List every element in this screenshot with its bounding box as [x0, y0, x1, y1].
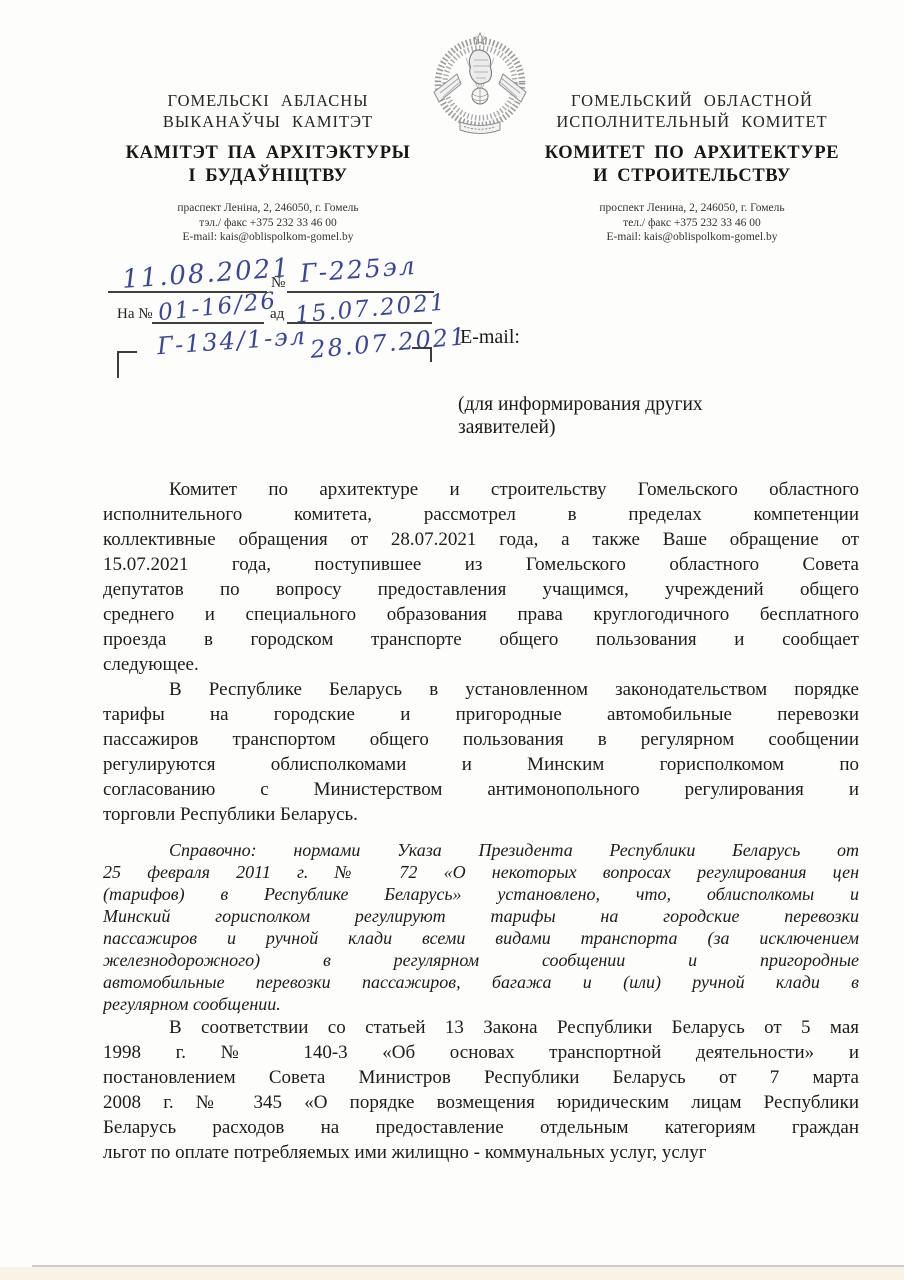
address-ru-line1: проспект Ленина, 2, 246050, г. Гомель	[524, 201, 860, 216]
letterhead-left: ГОМЕЛЬСКІ АБЛАСНЫ ВЫКАНАЎЧЫ КАМІТЭТ КАМІ…	[100, 90, 436, 245]
body-line: автомобильные перевозки пассажиров, бага…	[103, 971, 859, 993]
body-line: коллективные обращения от 28.07.2021 год…	[103, 527, 859, 552]
coat-of-arms-icon	[430, 30, 530, 140]
address-corner-bracket-left	[117, 351, 137, 378]
committee-name-by-line1: КАМІТЭТ ПА АРХІТЭКТУРЫ	[100, 142, 436, 165]
body-line: Беларусь расходов на предоставление отде…	[103, 1115, 859, 1140]
parent-org-name-ru-line1: ГОМЕЛЬСКИЙ ОБЛАСТНОЙ	[524, 90, 860, 111]
body-line: среднего и специального образования прав…	[103, 602, 859, 627]
parent-org-name-by-line1: ГОМЕЛЬСКІ АБЛАСНЫ	[100, 90, 436, 111]
letterhead-right: ГОМЕЛЬСКИЙ ОБЛАСТНОЙ ИСПОЛНИТЕЛЬНЫЙ КОМИ…	[524, 90, 860, 245]
body-line: Комитет по архитектуре и строительству Г…	[103, 477, 859, 502]
body-line: регулируются облисполкомами и Минским го…	[103, 752, 859, 777]
address-by-line3: E-mail: kais@oblispolkom-gomel.by	[100, 230, 436, 245]
address-ru-line3: E-mail: kais@oblispolkom-gomel.by	[524, 230, 860, 245]
body-line: пассажиров транспортом общего пользовани…	[103, 727, 859, 752]
outgoing-number-handwritten: Г-225эл	[299, 251, 417, 288]
recipient-note: (для информирования других заявителей)	[458, 394, 770, 439]
body-paragraph-2: В Республике Беларусь в установленном за…	[103, 677, 859, 827]
incoming-number-handwritten: 01-16/26	[157, 288, 278, 326]
body-line: пассажиров и ручной клади всеми видами т…	[103, 927, 859, 949]
parent-org-name-ru-line2: ИСПОЛНИТЕЛЬНЫЙ КОМИТЕТ	[524, 111, 860, 132]
committee-name-by-line2: І БУДАЎНІЦТВУ	[100, 165, 436, 188]
body-paragraph-3-reference-italic: Справочно: нормами Указа Президента Респ…	[103, 839, 859, 1015]
address-ru-line2: тел./ факс +375 232 33 46 00	[524, 216, 860, 231]
body-line: 25 февраля 2011 г. № 72 «О некоторых воп…	[103, 861, 859, 883]
body-line: торговли Республики Беларусь.	[103, 802, 859, 827]
body-line: тарифы на городские и пригородные автомо…	[103, 702, 859, 727]
address-by-line2: тэл./ факс +375 232 33 46 00	[100, 216, 436, 231]
body-line: (тарифов) в Республике Беларусь» установ…	[103, 883, 859, 905]
body-line: 1998 г. № 140-3 «Об основах транспортной…	[103, 1040, 859, 1065]
committee-name-ru-line1: КОМИТЕТ ПО АРХИТЕКТУРЕ	[524, 142, 860, 165]
address-corner-bracket-right	[412, 347, 432, 362]
recipient-email-label: E-mail:	[460, 326, 520, 349]
body-line: проезда в городском транспорте общего по…	[103, 627, 859, 652]
body-line: В соответствии со статьей 13 Закона Респ…	[103, 1015, 859, 1040]
committee-name-ru-line2: И СТРОИТЕЛЬСТВУ	[524, 165, 860, 188]
body-paragraph-1: Комитет по архитектуре и строительству Г…	[103, 477, 859, 677]
body-line: согласованию с Министерством антимонопол…	[103, 777, 859, 802]
second-reference-date-handwritten: 28.07.2021	[309, 322, 468, 364]
body-line: В Республике Беларусь в установленном за…	[103, 677, 859, 702]
body-line: постановлением Совета Министров Республи…	[103, 1065, 859, 1090]
body-line: льгот по оплате потребляемых ими жилищно…	[103, 1140, 859, 1165]
address-by-line1: праспект Леніна, 2, 246050, г. Гомель	[100, 201, 436, 216]
second-reference-number-handwritten: Г-134/1-эл	[156, 322, 308, 360]
body-line: 2008 г. № 345 «О порядке возмещения юрид…	[103, 1090, 859, 1115]
parent-org-name-by-line2: ВЫКАНАЎЧЫ КАМІТЭТ	[100, 111, 436, 132]
body-line: депутатов по вопросу предоставления учащ…	[103, 577, 859, 602]
scanned-letter-page: ГОМЕЛЬСКІ АБЛАСНЫ ВЫКАНАЎЧЫ КАМІТЭТ КАМІ…	[0, 0, 904, 1280]
body-line: Справочно: нормами Указа Президента Респ…	[103, 839, 859, 861]
incoming-label: На №	[117, 306, 153, 323]
body-line: следующее.	[103, 652, 859, 677]
body-paragraph-4: В соответствии со статьей 13 Закона Респ…	[103, 1015, 859, 1165]
body-line: Минский горисполком регулируют тарифы на…	[103, 905, 859, 927]
body-line: регулярном сообщении.	[103, 993, 859, 1015]
body-line: железнодорожного) в регулярном сообщении…	[103, 949, 859, 971]
body-line: 15.07.2021 года, поступившее из Гомельск…	[103, 552, 859, 577]
scan-bottom-strip	[0, 1267, 904, 1280]
body-line: исполнительного комитета, рассмотрел в п…	[103, 502, 859, 527]
letter-body: Комитет по архитектуре и строительству Г…	[103, 477, 859, 1165]
